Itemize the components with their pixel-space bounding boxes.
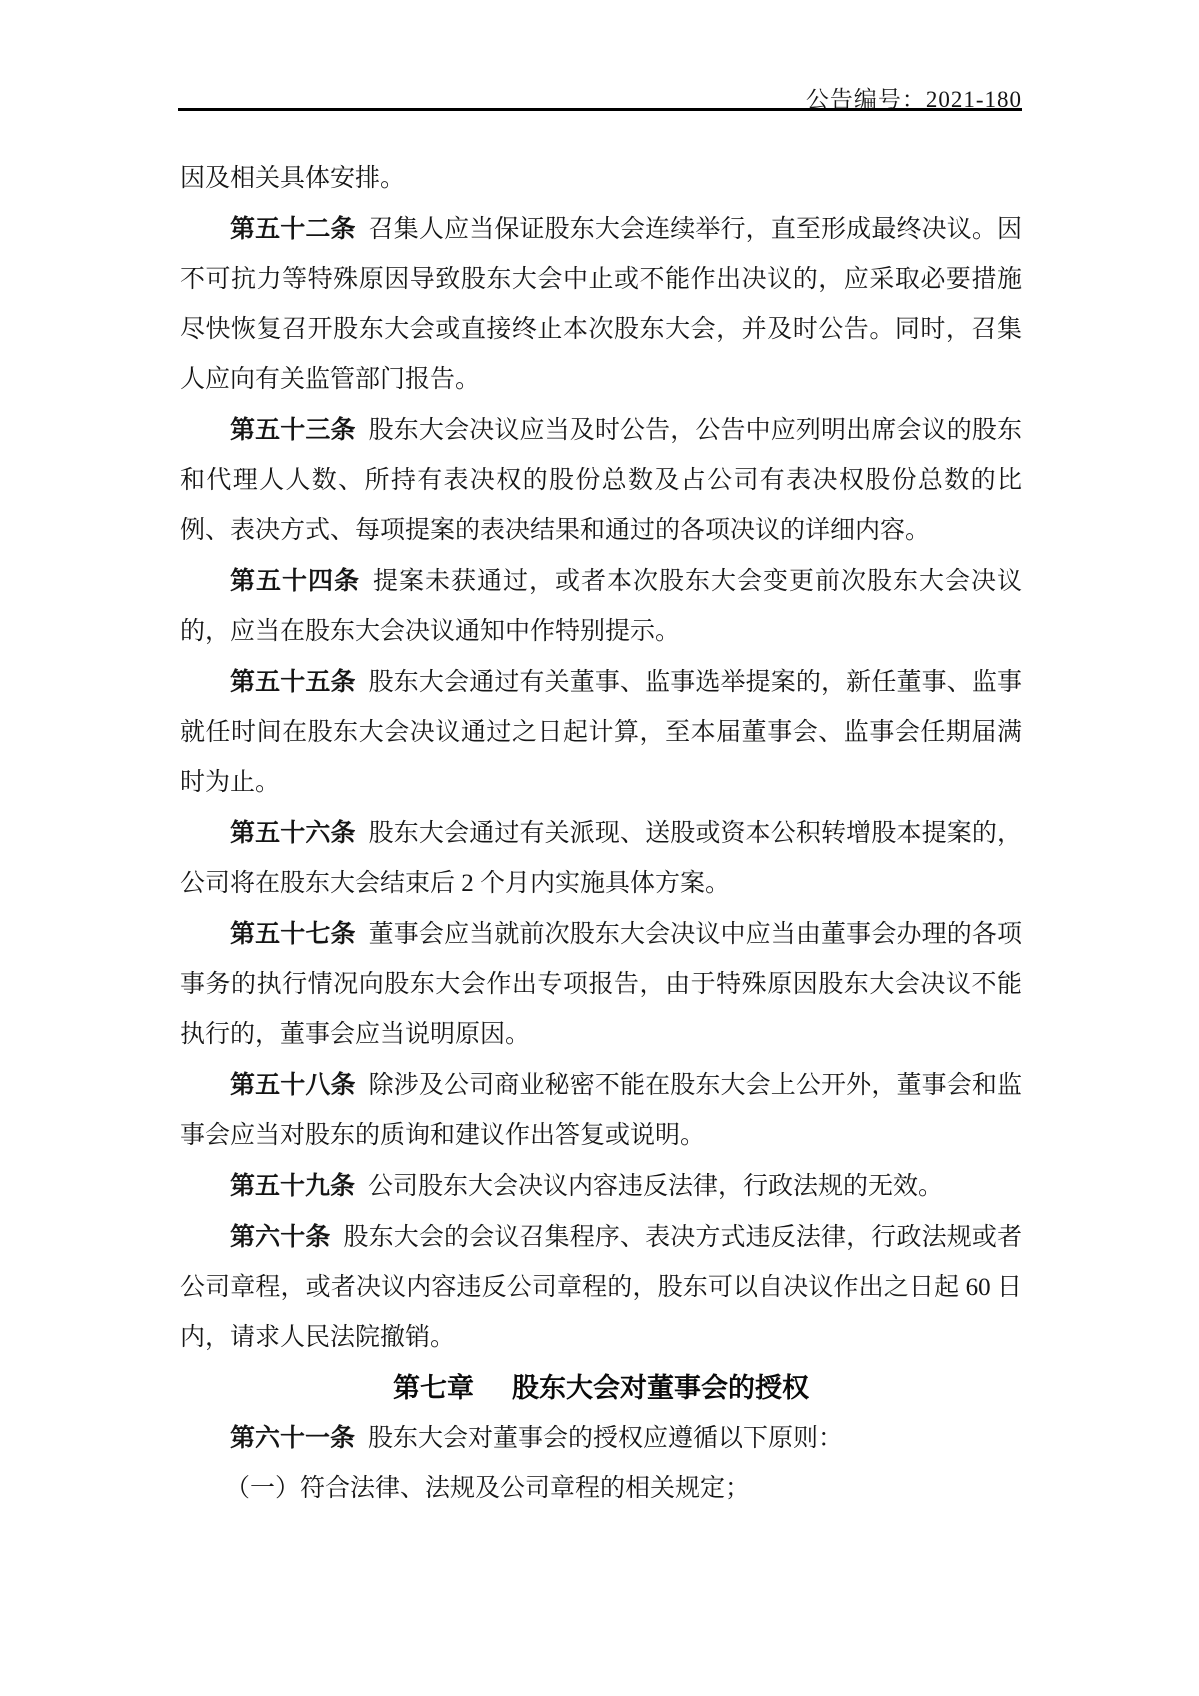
article-56: 第五十六条股东大会通过有关派现、送股或资本公积转增股本提案的，公司将在股东大会结… xyxy=(180,808,1022,909)
article-55: 第五十五条股东大会通过有关董事、监事选举提案的，新任董事、监事就任时间在股东大会… xyxy=(180,657,1022,808)
article-60: 第六十条股东大会的会议召集程序、表决方式违反法律，行政法规或者公司章程，或者决议… xyxy=(180,1212,1022,1363)
article-56-number: 第五十六条 xyxy=(230,819,356,847)
list-item-1: （一）符合法律、法规及公司章程的相关规定； xyxy=(180,1464,1022,1514)
article-53: 第五十三条股东大会决议应当及时公告，公告中应列明出席会议的股东和代理人人数、所持… xyxy=(180,405,1022,556)
article-57-number: 第五十七条 xyxy=(230,920,356,948)
article-59-text: 公司股东大会决议内容违反法律，行政法规的无效。 xyxy=(368,1173,943,1200)
article-53-number: 第五十三条 xyxy=(230,416,356,444)
article-58: 第五十八条除涉及公司商业秘密不能在股东大会上公开外，董事会和监事会应当对股东的质… xyxy=(180,1060,1022,1161)
article-55-number: 第五十五条 xyxy=(230,668,356,696)
article-54-number: 第五十四条 xyxy=(230,567,360,595)
article-60-number: 第六十条 xyxy=(230,1223,331,1251)
article-57: 第五十七条董事会应当就前次股东大会决议中应当由董事会办理的各项事务的执行情况向股… xyxy=(180,909,1022,1060)
article-59: 第五十九条公司股东大会决议内容违反法律，行政法规的无效。 xyxy=(180,1161,1022,1212)
header-rule xyxy=(178,108,1022,111)
document-page: 公告编号：2021-180 因及相关具体安排。 第五十二条召集人应当保证股东大会… xyxy=(0,0,1199,1696)
paragraph-continuation: 因及相关具体安排。 xyxy=(180,154,1022,204)
chapter-title: 股东大会对董事会的授权 xyxy=(512,1373,809,1403)
article-59-number: 第五十九条 xyxy=(230,1172,355,1200)
chapter-heading: 第七章股东大会对董事会的授权 xyxy=(180,1363,1022,1413)
article-52: 第五十二条召集人应当保证股东大会连续举行，直至形成最终决议。因不可抗力等特殊原因… xyxy=(180,204,1022,405)
document-body: 因及相关具体安排。 第五十二条召集人应当保证股东大会连续举行，直至形成最终决议。… xyxy=(180,130,1022,1514)
article-61-number: 第六十一条 xyxy=(230,1424,355,1452)
article-61-text: 股东大会对董事会的授权应遵循以下原则： xyxy=(368,1425,843,1452)
chapter-number: 第七章 xyxy=(393,1373,474,1403)
article-61: 第六十一条股东大会对董事会的授权应遵循以下原则： xyxy=(180,1413,1022,1464)
article-52-number: 第五十二条 xyxy=(230,215,356,243)
article-54: 第五十四条提案未获通过，或者本次股东大会变更前次股东大会决议的，应当在股东大会决… xyxy=(180,556,1022,657)
article-58-number: 第五十八条 xyxy=(230,1071,356,1099)
